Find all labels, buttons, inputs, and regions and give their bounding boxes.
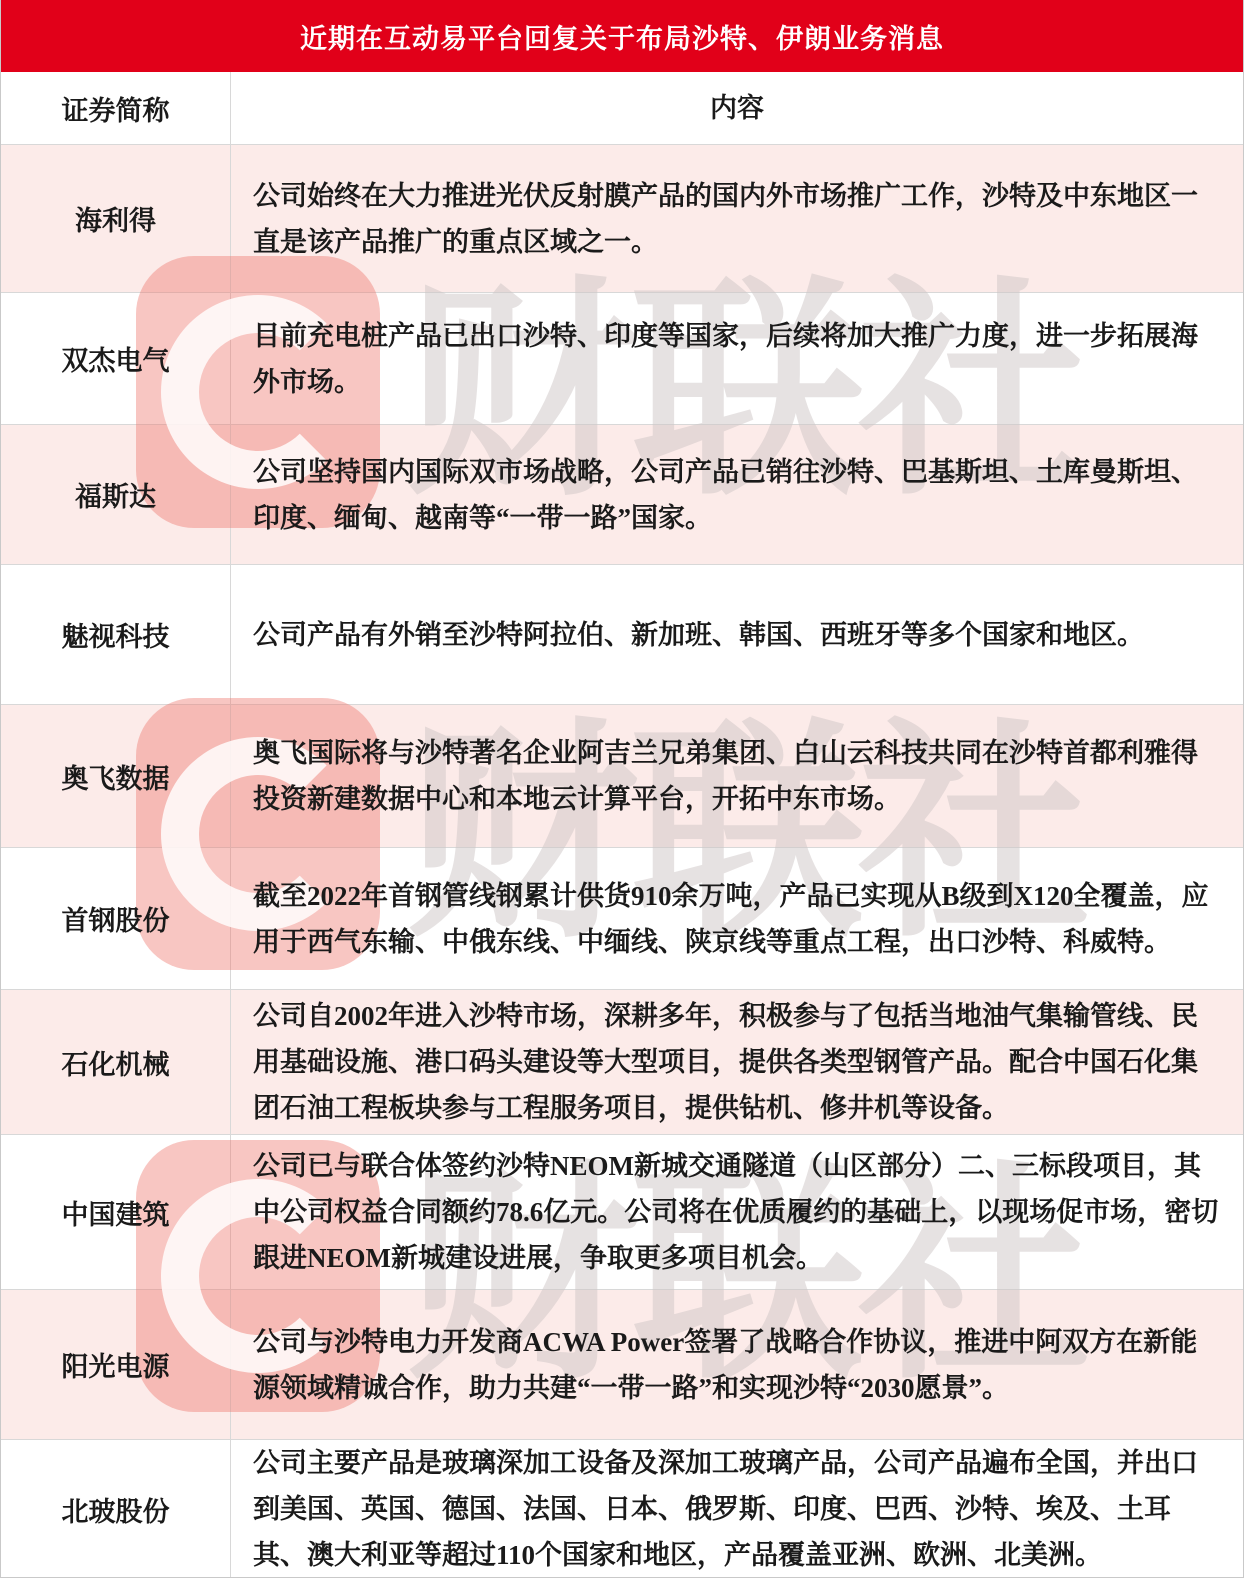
- table-row: 中国建筑公司已与联合体签约沙特NEOM新城交通隧道（山区部分）二、三标段项目，其…: [1, 1135, 1243, 1290]
- security-name: 石化机械: [62, 1043, 170, 1082]
- content-text: 公司与沙特电力开发商ACWA Power签署了战略合作协议，推进中阿双方在新能源…: [253, 1319, 1223, 1411]
- security-name-cell: 阳光电源: [1, 1290, 231, 1439]
- content-text: 公司主要产品是玻璃深加工设备及深加工玻璃产品，公司产品遍布全国，并出口到美国、英…: [253, 1440, 1223, 1578]
- security-name: 北玻股份: [62, 1490, 170, 1529]
- content-cell: 公司与沙特电力开发商ACWA Power签署了战略合作协议，推进中阿双方在新能源…: [231, 1290, 1243, 1439]
- security-name: 阳光电源: [62, 1345, 170, 1384]
- content-cell: 公司已与联合体签约沙特NEOM新城交通隧道（山区部分）二、三标段项目，其中公司权…: [231, 1135, 1243, 1289]
- table-title-bar: 近期在互动易平台回复关于布局沙特、伊朗业务消息: [1, 0, 1243, 72]
- security-name: 海利得: [75, 199, 156, 238]
- column-header-security-name: 证券简称: [1, 72, 231, 144]
- table-row: 魅视科技公司产品有外销至沙特阿拉伯、新加班、韩国、西班牙等多个国家和地区。: [1, 565, 1243, 705]
- table-row: 首钢股份截至2022年首钢管线钢累计供货910余万吨，产品已实现从B级到X120…: [1, 848, 1243, 990]
- security-name-cell: 福斯达: [1, 425, 231, 564]
- security-name-cell: 海利得: [1, 145, 231, 292]
- security-name-cell: 魅视科技: [1, 565, 231, 704]
- content-text: 奥飞国际将与沙特著名企业阿吉兰兄弟集团、白山云科技共同在沙特首都利雅得投资新建数…: [253, 730, 1223, 822]
- content-cell: 公司产品有外销至沙特阿拉伯、新加班、韩国、西班牙等多个国家和地区。: [231, 565, 1243, 704]
- content-cell: 截至2022年首钢管线钢累计供货910余万吨，产品已实现从B级到X120全覆盖，…: [231, 848, 1243, 989]
- table-title: 近期在互动易平台回复关于布局沙特、伊朗业务消息: [300, 17, 944, 56]
- content-text: 公司已与联合体签约沙特NEOM新城交通隧道（山区部分）二、三标段项目，其中公司权…: [253, 1143, 1223, 1281]
- content-cell: 公司坚持国内国际双市场战略，公司产品已销往沙特、巴基斯坦、土库曼斯坦、印度、缅甸…: [231, 425, 1243, 564]
- security-name-cell: 首钢股份: [1, 848, 231, 989]
- content-cell: 目前充电桩产品已出口沙特、印度等国家，后续将加大推广力度，进一步拓展海外市场。: [231, 293, 1243, 424]
- content-text: 公司始终在大力推进光伏反射膜产品的国内外市场推广工作，沙特及中东地区一直是该产品…: [253, 173, 1223, 265]
- security-name: 魅视科技: [62, 615, 170, 654]
- content-text: 公司坚持国内国际双市场战略，公司产品已销往沙特、巴基斯坦、土库曼斯坦、印度、缅甸…: [253, 449, 1223, 541]
- table-row: 海利得公司始终在大力推进光伏反射膜产品的国内外市场推广工作，沙特及中东地区一直是…: [1, 145, 1243, 293]
- security-name-cell: 中国建筑: [1, 1135, 231, 1289]
- content-cell: 公司始终在大力推进光伏反射膜产品的国内外市场推广工作，沙特及中东地区一直是该产品…: [231, 145, 1243, 292]
- security-name-cell: 北玻股份: [1, 1440, 231, 1578]
- table-header-row: 证券简称 内容: [1, 72, 1243, 145]
- security-name-cell: 奥飞数据: [1, 705, 231, 847]
- content-cell: 公司主要产品是玻璃深加工设备及深加工玻璃产品，公司产品遍布全国，并出口到美国、英…: [231, 1440, 1243, 1578]
- content-cell: 奥飞国际将与沙特著名企业阿吉兰兄弟集团、白山云科技共同在沙特首都利雅得投资新建数…: [231, 705, 1243, 847]
- security-name-cell: 石化机械: [1, 990, 231, 1134]
- table-row: 阳光电源公司与沙特电力开发商ACWA Power签署了战略合作协议，推进中阿双方…: [1, 1290, 1243, 1440]
- table-row: 福斯达公司坚持国内国际双市场战略，公司产品已销往沙特、巴基斯坦、土库曼斯坦、印度…: [1, 425, 1243, 565]
- table-row: 北玻股份公司主要产品是玻璃深加工设备及深加工玻璃产品，公司产品遍布全国，并出口到…: [1, 1440, 1243, 1578]
- content-text: 公司自2002年进入沙特市场，深耕多年，积极参与了包括当地油气集输管线、民用基础…: [253, 993, 1223, 1131]
- security-name: 福斯达: [75, 475, 156, 514]
- security-name-cell: 双杰电气: [1, 293, 231, 424]
- news-table-card: 近期在互动易平台回复关于布局沙特、伊朗业务消息 证券简称 内容 海利得公司始终在…: [0, 0, 1244, 1578]
- table-row: 双杰电气目前充电桩产品已出口沙特、印度等国家，后续将加大推广力度，进一步拓展海外…: [1, 293, 1243, 425]
- security-name: 中国建筑: [62, 1193, 170, 1232]
- security-name: 奥飞数据: [62, 757, 170, 796]
- content-text: 截至2022年首钢管线钢累计供货910余万吨，产品已实现从B级到X120全覆盖，…: [253, 873, 1223, 965]
- security-name: 双杰电气: [62, 339, 170, 378]
- content-cell: 公司自2002年进入沙特市场，深耕多年，积极参与了包括当地油气集输管线、民用基础…: [231, 990, 1243, 1134]
- content-text: 目前充电桩产品已出口沙特、印度等国家，后续将加大推广力度，进一步拓展海外市场。: [253, 313, 1223, 405]
- column-header-content: 内容: [231, 72, 1243, 144]
- content-text: 公司产品有外销至沙特阿拉伯、新加班、韩国、西班牙等多个国家和地区。: [253, 612, 1144, 658]
- table-row: 奥飞数据奥飞国际将与沙特著名企业阿吉兰兄弟集团、白山云科技共同在沙特首都利雅得投…: [1, 705, 1243, 848]
- table-body: 海利得公司始终在大力推进光伏反射膜产品的国内外市场推广工作，沙特及中东地区一直是…: [1, 145, 1243, 1578]
- security-name: 首钢股份: [62, 899, 170, 938]
- table-row: 石化机械公司自2002年进入沙特市场，深耕多年，积极参与了包括当地油气集输管线、…: [1, 990, 1243, 1135]
